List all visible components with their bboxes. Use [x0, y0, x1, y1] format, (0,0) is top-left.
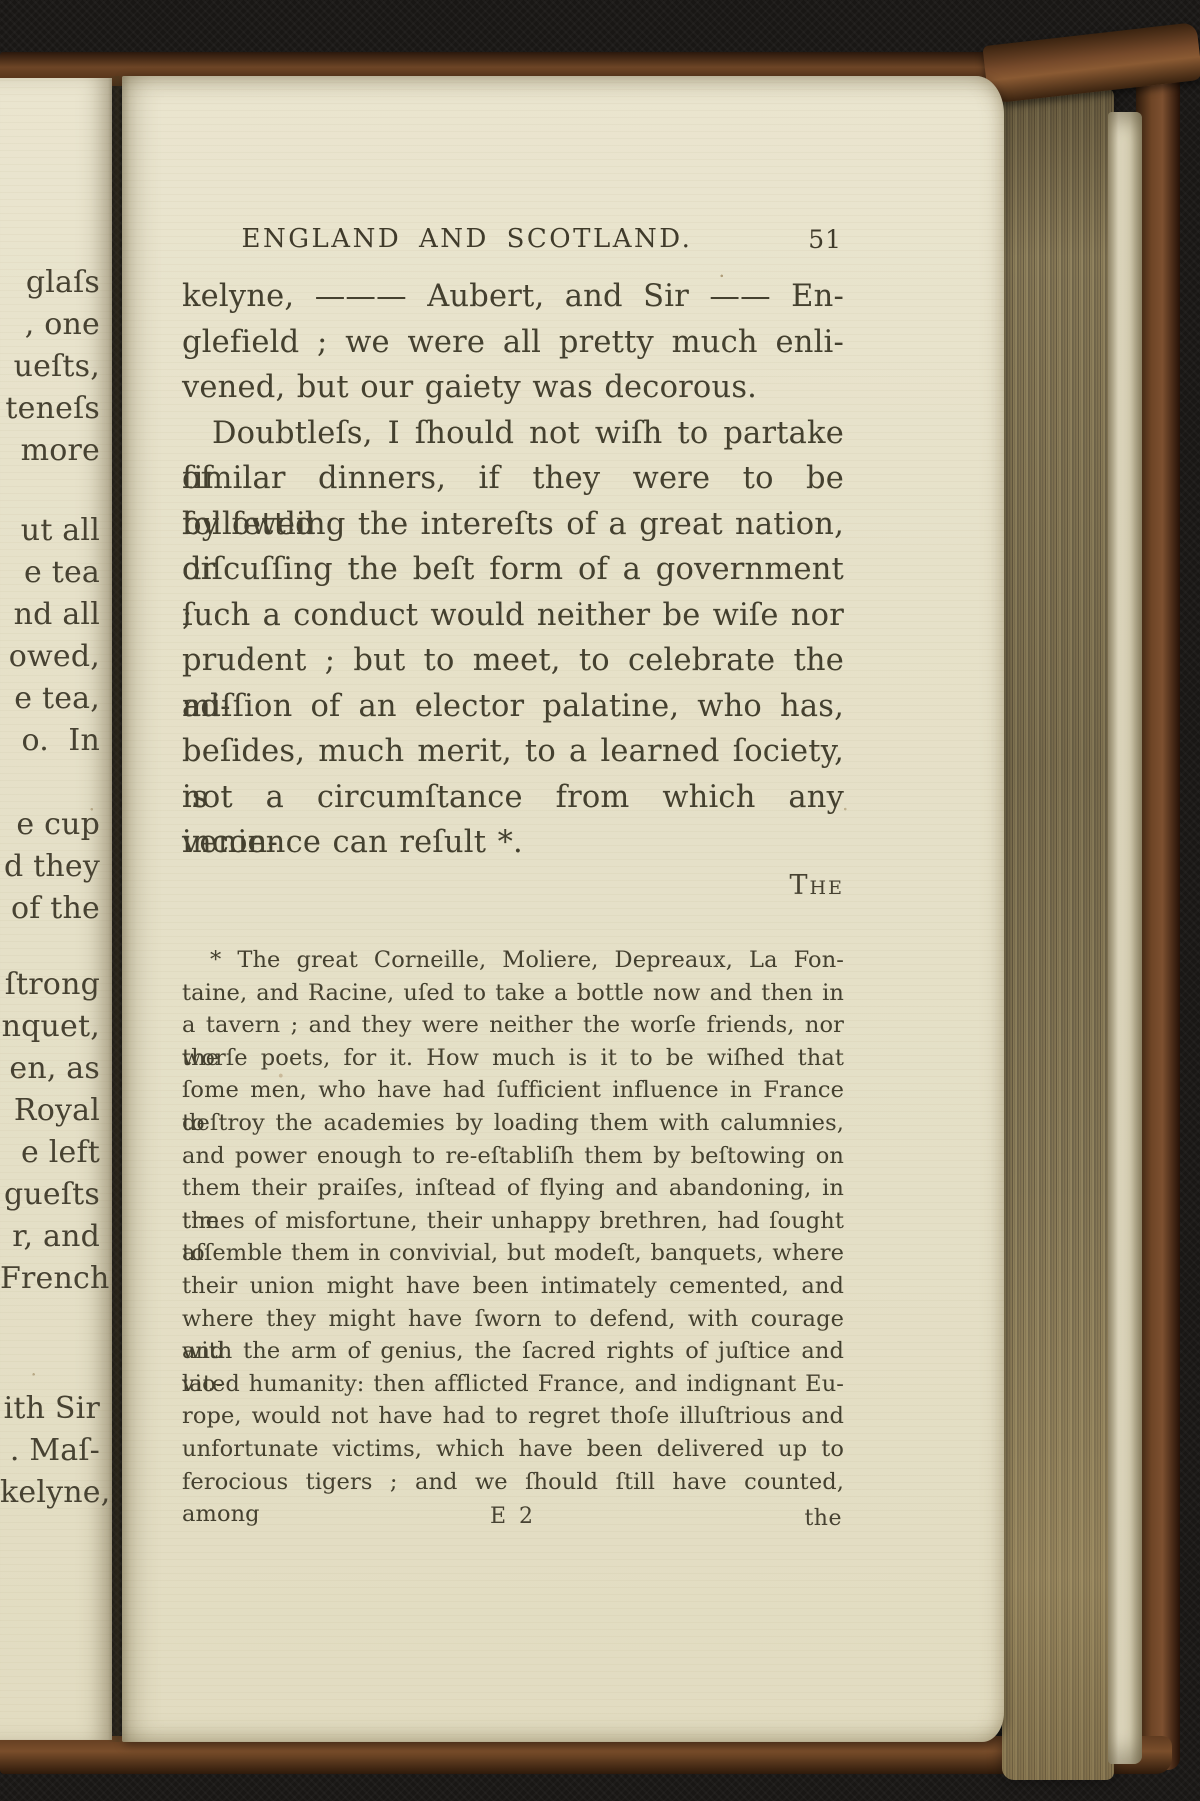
text-line: taine, and Racine, uſed to take a bottle…	[182, 977, 844, 1010]
text-line: with the arm of genius, the ſacred right…	[182, 1335, 844, 1368]
left-page-text-group: glaſs, oneueſts,teneſsmore	[0, 262, 100, 472]
text-line: of the	[0, 888, 100, 930]
text-line: ſimilar dinners, if they were to be foll…	[182, 456, 844, 502]
text-line: * The great Corneille, Moliere, Depreaux…	[182, 944, 844, 977]
left-page-text-group: ſtrongnquet,en, asRoyale leftgueſtsr, an…	[0, 964, 100, 1300]
text-line: e left	[0, 1132, 100, 1174]
text-line: e tea	[0, 552, 100, 594]
book-photograph: { "page": { "header": { "title": "ENGLAN…	[0, 0, 1200, 1801]
text-line: times of misfortune, their unhappy breth…	[182, 1205, 844, 1238]
text-line: Royal	[0, 1090, 100, 1132]
text-line: Doubtleſs, I ſhould not wiſh to partake …	[182, 411, 844, 457]
text-line: ſtrong	[0, 964, 100, 1006]
text-line: French	[0, 1258, 100, 1300]
paragraph: kelyne, ——— Aubert, and Sir —— En-glefie…	[182, 274, 844, 411]
left-page-text-group: ith Sir. Maſ-kelyne,	[0, 1388, 100, 1514]
text-line: worſe poets, for it. How much is it to b…	[182, 1042, 844, 1075]
main-text: kelyne, ——— Aubert, and Sir —— En-glefie…	[182, 274, 844, 866]
text-line: kelyne, ——— Aubert, and Sir —— En-	[182, 274, 844, 320]
text-line: not a circumſtance from which any incon-	[182, 775, 844, 821]
text-line: ſome men, who have had ſufficient influe…	[182, 1074, 844, 1107]
text-line: . Maſ-	[0, 1430, 100, 1472]
text-line: nd all	[0, 594, 100, 636]
page-gutter-shadow	[108, 76, 130, 1742]
text-line: en, as	[0, 1048, 100, 1090]
text-line: nquet,	[0, 1006, 100, 1048]
flyleaf-edge	[1108, 112, 1142, 1764]
text-line: d they	[0, 846, 100, 888]
text-line: owed,	[0, 636, 100, 678]
text-line: kelyne,	[0, 1472, 100, 1514]
text-line: gueſts	[0, 1174, 100, 1216]
text-line: ut all	[0, 510, 100, 552]
footnote: * The great Corneille, Moliere, Depreaux…	[182, 944, 844, 1498]
text-line: e tea,	[0, 678, 100, 720]
catchword: The	[182, 870, 844, 901]
text-line: prudent ; but to meet, to celebrate the …	[182, 638, 844, 684]
running-head-title: ENGLAND AND SCOTLAND.	[182, 224, 752, 254]
text-line: o. In	[0, 720, 100, 762]
text-line: deſtroy the academies by loading them wi…	[182, 1107, 844, 1140]
text-line: r, and	[0, 1216, 100, 1258]
fore-edge-page-stack	[1002, 88, 1114, 1780]
book-page: ENGLAND AND SCOTLAND. 51 kelyne, ——— Aub…	[122, 76, 1004, 1742]
page-number: 51	[808, 225, 842, 254]
text-line: , one	[0, 304, 100, 346]
text-line: ueſts,	[0, 346, 100, 388]
text-line: venience can reſult *.	[182, 820, 844, 866]
text-line: ſuch a conduct would neither be wiſe nor	[182, 593, 844, 639]
text-line: vened, but our gaiety was decorous.	[182, 365, 844, 411]
text-line: their union might have been intimately c…	[182, 1270, 844, 1303]
text-line: ferocious tigers ; and we ſhould ſtill h…	[182, 1466, 844, 1499]
text-line: ith Sir	[0, 1388, 100, 1430]
left-page-text-group: ut alle teand allowed,e tea,o. In	[0, 510, 100, 762]
text-line: a tavern ; and they were neither the wor…	[182, 1009, 844, 1042]
text-line: lated humanity: then afflicted France, a…	[182, 1368, 844, 1401]
signature-mark: E 2	[182, 1504, 844, 1529]
text-line: where they might have ſworn to defend, w…	[182, 1303, 844, 1336]
text-line: and power enough to re-eſtabliſh them by…	[182, 1140, 844, 1173]
running-head: ENGLAND AND SCOTLAND. 51	[182, 224, 844, 258]
text-line: miſſion of an elector palatine, who has,	[182, 684, 844, 730]
text-line: more	[0, 430, 100, 472]
text-line: aſſemble them in convivial, but modeſt, …	[182, 1237, 844, 1270]
text-line: glaſs	[0, 262, 100, 304]
text-line: them their praiſes, inſtead of flying an…	[182, 1172, 844, 1205]
text-line: rope, would not have had to regret thoſe…	[182, 1400, 844, 1433]
left-page-text-group: e cupd theyof the	[0, 804, 100, 930]
text-line: glefield ; we were all pretty much enli-	[182, 320, 844, 366]
text-line: by ſettling the intereſts of a great nat…	[182, 502, 844, 548]
text-line: beſides, much merit, to a learned ſociet…	[182, 729, 844, 775]
signature-row: E 2 the	[182, 1504, 844, 1536]
facing-page-fragment: glaſs, oneueſts,teneſsmore ut alle teand…	[0, 78, 112, 1740]
text-line: e cup	[0, 804, 100, 846]
text-line: unfortunate victims, which have been del…	[182, 1433, 844, 1466]
leather-cover-edge-right	[1136, 70, 1180, 1770]
catchword: the	[804, 1506, 842, 1531]
text-line: teneſs	[0, 388, 100, 430]
paragraph: Doubtleſs, I ſhould not wiſh to partake …	[182, 411, 844, 866]
text-line: diſcuſſing the beſt form of a government…	[182, 547, 844, 593]
